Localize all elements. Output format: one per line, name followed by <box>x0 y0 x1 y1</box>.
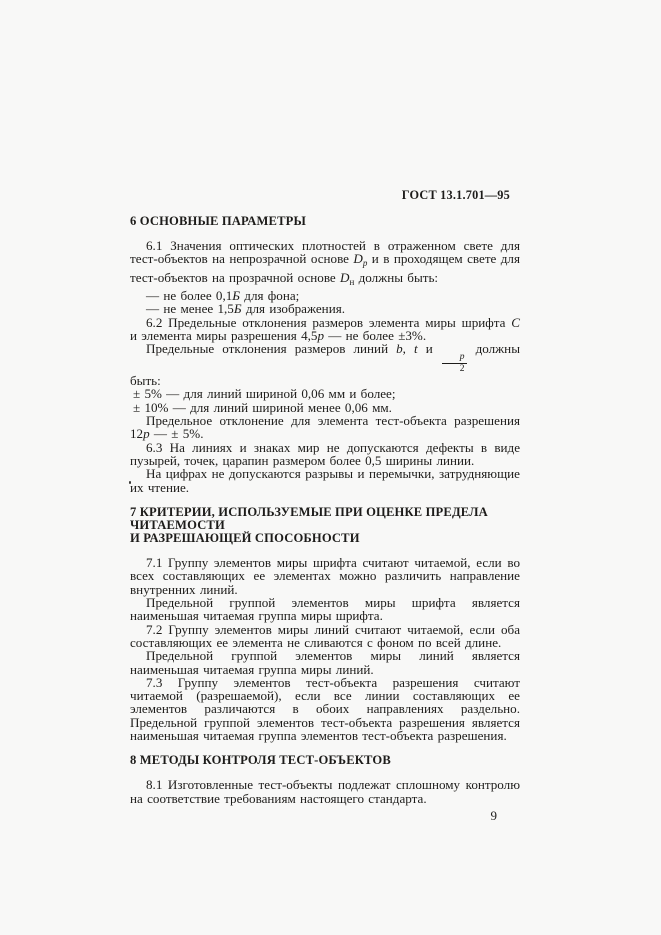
section-heading: 7 КРИТЕРИИ, ИСПОЛЬЗУЕМЫЕ ПРИ ОЦЕНКЕ ПРЕД… <box>130 506 520 545</box>
paragraph: На цифрах не допускаются разрывы и перем… <box>130 467 520 494</box>
scan-artifact-dot <box>129 481 131 484</box>
fraction-denominator: 2 <box>444 364 465 374</box>
text-run: 7.1 Группу элементов миры шрифта считают… <box>130 555 520 597</box>
paragraph: Предельное отклонение для элемента тест-… <box>130 414 520 441</box>
paragraph: — не менее 1,5Б для изображения. <box>130 302 520 315</box>
section-heading: 6 ОСНОВНЫЕ ПАРАМЕТРЫ <box>130 215 520 228</box>
page-content: ГОСТ 13.1.701—95 6 ОСНОВНЫЕ ПАРАМЕТРЫ6.1… <box>130 189 520 824</box>
paragraph: — не более 0,1Б для фона; <box>130 289 520 302</box>
text-run: На цифрах не допускаются разрывы и перем… <box>130 466 520 494</box>
text-run: 7.2 Группу элементов миры линий считают … <box>130 622 520 650</box>
text-run: Предельной группой элементов миры линий … <box>130 648 520 676</box>
text-run: Предельной группой элементов миры шрифта… <box>130 595 520 623</box>
heading-line: 8 МЕТОДЫ КОНТРОЛЯ ТЕСТ-ОБЪЕКТОВ <box>130 754 520 767</box>
paragraph: 7.2 Группу элементов миры линий считают … <box>130 623 520 650</box>
running-header: ГОСТ 13.1.701—95 <box>130 189 520 202</box>
text-run: Предельные отклонения размеров линий <box>146 341 396 356</box>
heading-line: И РАЗРЕШАЮЩЕЙ СПОСОБНОСТИ <box>130 532 520 545</box>
text-run: 7.3 Группу элементов тест-объекта разреш… <box>130 675 520 743</box>
text-run: 6.3 На линиях и знаках мир не допускаютс… <box>130 440 520 468</box>
section-heading: 8 МЕТОДЫ КОНТРОЛЯ ТЕСТ-ОБЪЕКТОВ <box>130 754 520 767</box>
page-number: 9 <box>130 808 520 824</box>
paragraph: ± 10% — для линий шириной менее 0,06 мм. <box>130 401 520 414</box>
document-body: 6 ОСНОВНЫЕ ПАРАМЕТРЫ6.1 Значения оптичес… <box>130 215 520 805</box>
text-run: должны быть: <box>354 270 438 285</box>
paragraph: 6.2 Предельные отклонения размеров элеме… <box>130 316 520 343</box>
fraction-numerator: p <box>442 353 467 364</box>
paragraph: 6.3 На линиях и знаках мир не допускаютс… <box>130 441 520 468</box>
math-variable: C <box>511 315 520 330</box>
paragraph: 8.1 Изготовленные тест-объекты подлежат … <box>130 778 520 805</box>
paragraph: Предельной группой элементов миры линий … <box>130 649 520 676</box>
document-page: ГОСТ 13.1.701—95 6 ОСНОВНЫЕ ПАРАМЕТРЫ6.1… <box>0 0 661 935</box>
fraction-p-over-2: p2 <box>442 353 467 374</box>
math-variable: D <box>353 251 362 266</box>
text-run: 8.1 Изготовленные тест-объекты подлежат … <box>130 777 520 805</box>
paragraph: 6.1 Значения оптических плотностей в отр… <box>130 239 520 289</box>
paragraph: ± 5% — для линий шириной 0,06 мм и более… <box>130 387 520 400</box>
heading-line: 7 КРИТЕРИИ, ИСПОЛЬЗУЕМЫЕ ПРИ ОЦЕНКЕ ПРЕД… <box>130 506 520 532</box>
text-run: , <box>403 341 414 356</box>
heading-line: 6 ОСНОВНЫЕ ПАРАМЕТРЫ <box>130 215 520 228</box>
paragraph: 7.1 Группу элементов миры шрифта считают… <box>130 556 520 596</box>
paragraph: Предельной группой элементов миры шрифта… <box>130 596 520 623</box>
paragraph: Предельные отклонения размеров линий b, … <box>130 342 520 387</box>
text-run: и <box>418 341 441 356</box>
paragraph: 7.3 Группу элементов тест-объекта разреш… <box>130 676 520 742</box>
